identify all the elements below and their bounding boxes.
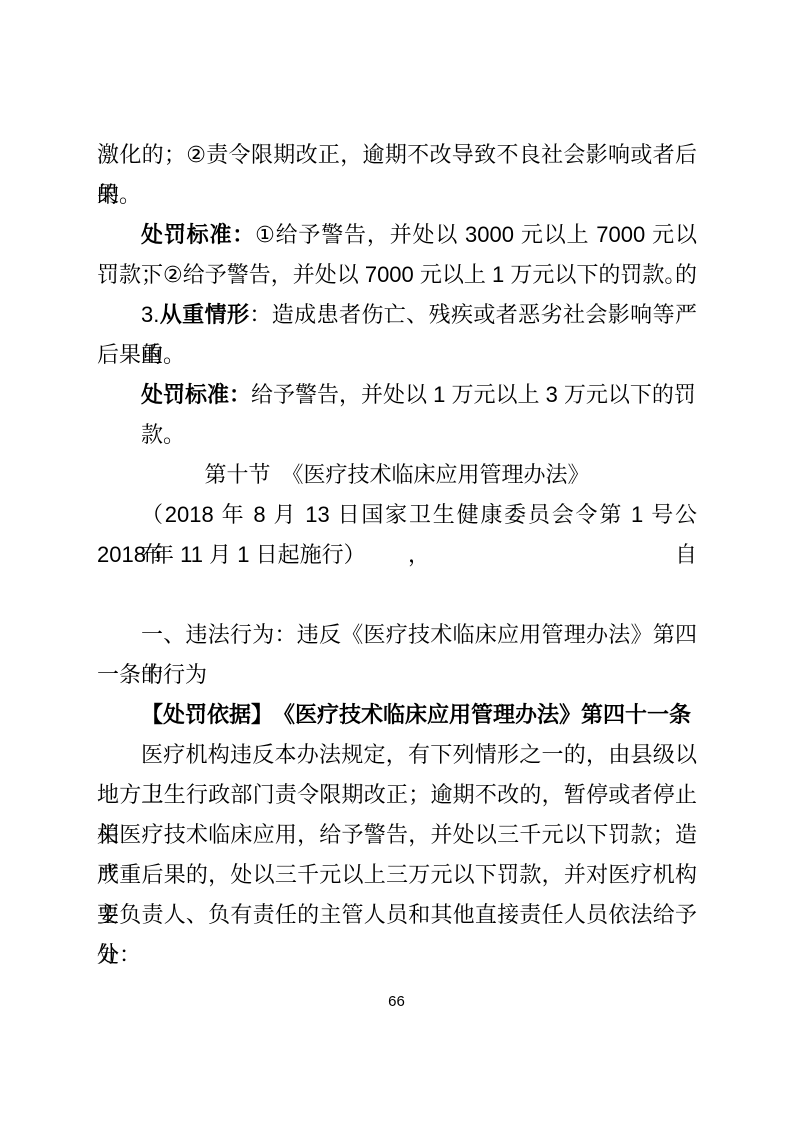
text-run: 一条的行为 (97, 662, 207, 687)
text-line: （2018 年 8 月 13 日国家卫生健康委员会令第 1 号公布，自 (97, 495, 697, 535)
text-line: 关医疗技术临床应用，给予警告，并处以三千元以下罚款；造成 (97, 815, 697, 855)
blank-line (97, 575, 697, 615)
text-line: 处罚标准：给予警告，并处以 1 万元以上 3 万元以下的罚款。 (97, 375, 697, 415)
text-line: 处罚标准：①给予警告，并处以 3000 元以上 7000 元以下的 (97, 215, 697, 255)
text-line: 一、违法行为：违反《医疗技术临床应用管理办法》第四十 (97, 615, 697, 655)
text-run: 的。 (97, 182, 141, 207)
bold-text-run: 处罚标准： (141, 222, 255, 247)
blank-line (97, 415, 697, 455)
text-run: 第十节 《医疗技术临床应用管理办法》 (204, 462, 589, 487)
text-line: 地方卫生行政部门责令限期改正；逾期不改的，暂停或者停止相 (97, 775, 697, 815)
text-line: 激化的；②责令限期改正，逾期不改导致不良社会影响或者后果 (97, 135, 697, 175)
text-line: 严重后果的，处以三千元以上三万元以下罚款，并对医疗机构主 (97, 855, 697, 895)
document-body: 激化的；②责令限期改正，逾期不改导致不良社会影响或者后果的。处罚标准：①给予警告… (97, 135, 697, 975)
text-line: 的。 (97, 175, 697, 215)
text-line: 一条的行为 (97, 655, 697, 695)
text-run: 罚款；②给予警告，并处以 7000 元以上 1 万元以下的罚款。 (97, 262, 686, 287)
bold-text-run: 【处罚依据】 《医疗技术临床应用管理办法》第四十一条 (141, 702, 691, 727)
text-line: 第十节 《医疗技术临床应用管理办法》 (97, 455, 697, 495)
page-number: 66 (0, 993, 793, 1010)
text-run: 3. (141, 302, 159, 327)
bold-text-run: 从重情形 (159, 302, 249, 327)
text-line: 3.从重情形：造成患者伤亡、残疾或者恶劣社会影响等严重 (97, 295, 697, 335)
bold-text-run: 处罚标准： (141, 382, 251, 407)
text-run: 2018 年 11 月 1 日起施行） (97, 542, 366, 567)
text-line: 【处罚依据】 《医疗技术临床应用管理办法》第四十一条 (97, 695, 697, 735)
text-line: 罚款；②给予警告，并处以 7000 元以上 1 万元以下的罚款。 (97, 255, 697, 295)
text-line: 医疗机构违反本办法规定，有下列情形之一的，由县级以上 (97, 735, 697, 775)
text-run: 分： (97, 942, 141, 967)
document-page: 激化的；②责令限期改正，逾期不改导致不良社会影响或者后果的。处罚标准：①给予警告… (0, 0, 793, 1122)
text-run: 后果的。 (97, 342, 185, 367)
text-line: 分： (97, 935, 697, 975)
text-line: 要负责人、负有责任的主管人员和其他直接责任人员依法给予处 (97, 895, 697, 935)
text-line: 后果的。 (97, 335, 697, 375)
